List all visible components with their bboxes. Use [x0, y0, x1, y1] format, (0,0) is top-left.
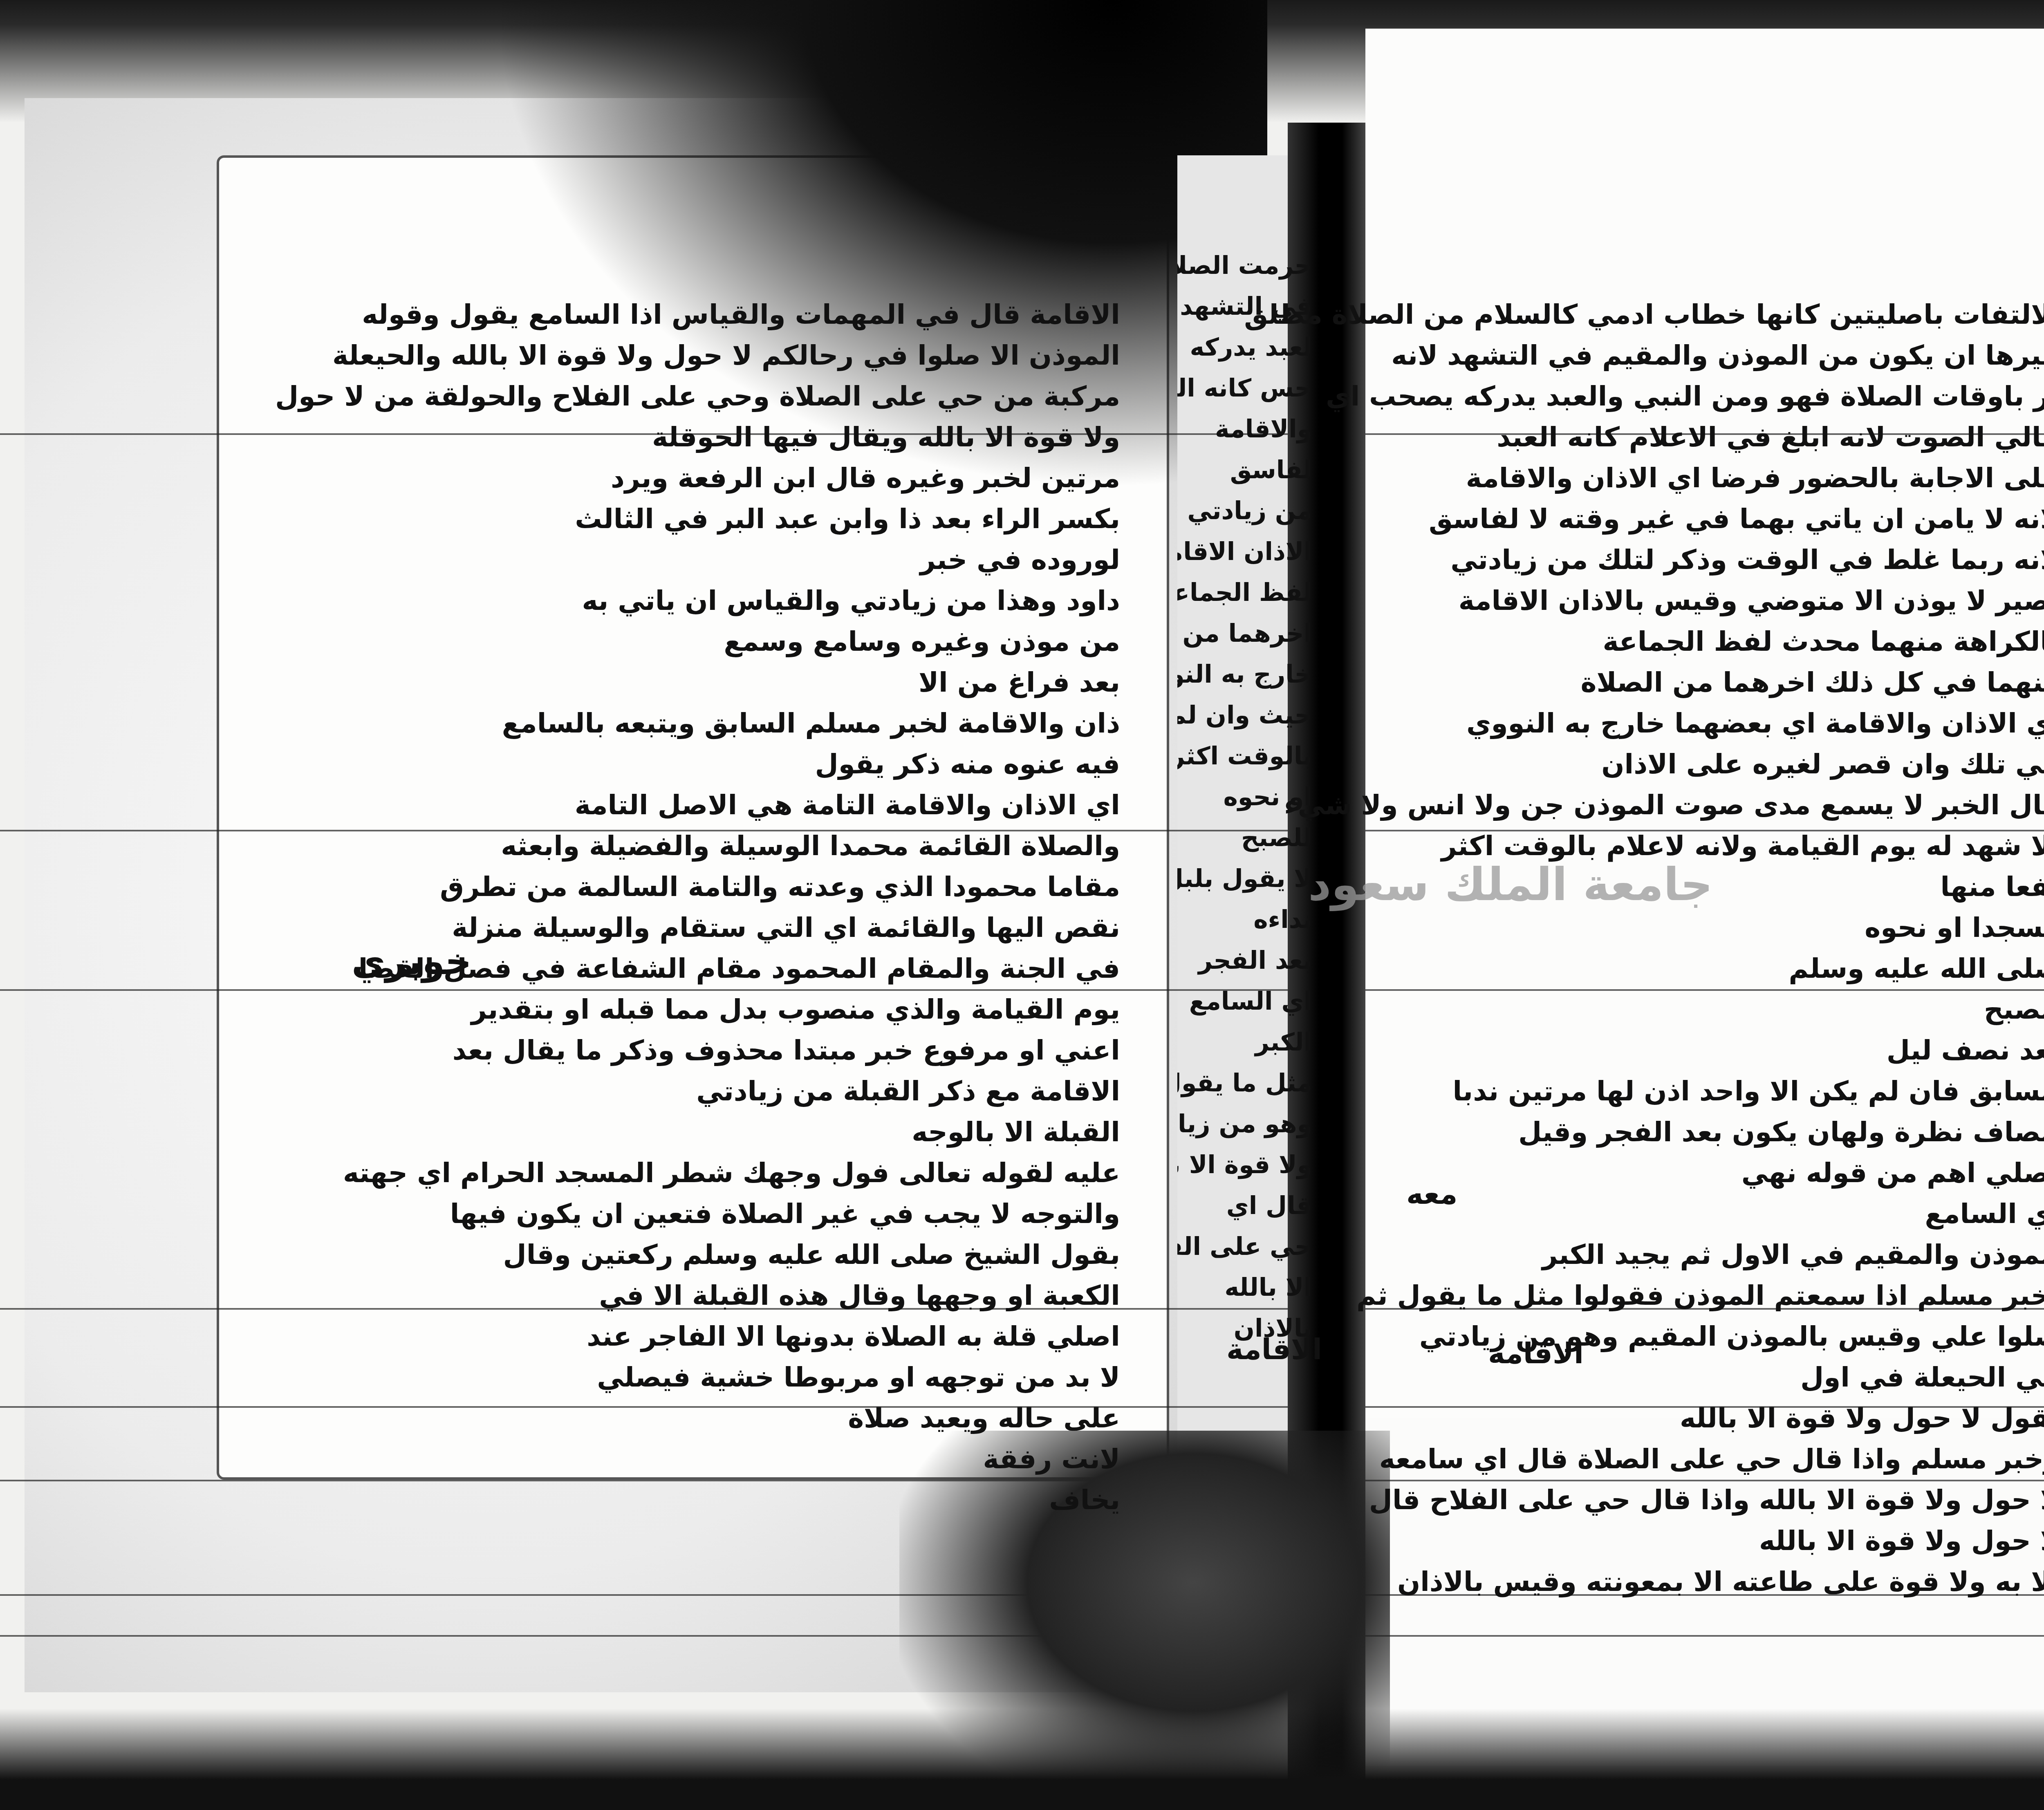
text-line: لا حول ولا قوة الا بالله واذا قال حي على…: [1423, 1480, 2044, 1521]
text-line: الا به ولا قوة على طاعته الا بمعونته وقي…: [1423, 1561, 2044, 1602]
text-line: خارج به النووي: [1177, 654, 1312, 695]
text-line: بقول الشيخ صلى الله عليه وسلم ركعتين وقا…: [458, 1234, 1120, 1275]
bottom-shadow: [0, 1709, 2044, 1810]
text-line: لخبر مسلم اذا سمعتم الموذن فقولوا مثل ما…: [1423, 1275, 2044, 1316]
text-line: حرمت الصلاة قطعا: [1177, 245, 1312, 286]
text-line: غيرها ان يكون من الموذن والمقيم في التشه…: [1423, 335, 2044, 376]
left-margin-note: خوبري: [352, 940, 472, 983]
text-line: الكبر: [1177, 1022, 1312, 1063]
text-line: الموذن والمقيم في الاول ثم يجيد الكبر: [1423, 1234, 2044, 1275]
text-line: يوم القيامة والذي منصوب بدل مما قبله او …: [458, 989, 1120, 1030]
text-line: والاقامة: [1177, 409, 1312, 450]
text-line: الاذان الاقامة: [1177, 531, 1312, 572]
text-line: لفظ الجماعة: [1177, 572, 1312, 613]
text-line: من زيادتي: [1177, 491, 1312, 531]
text-line: الموذن الا صلوا في رحالكم لا حول ولا قوة…: [458, 335, 1120, 376]
text-line: اي الاذان والاقامة التامة هي الاصل التام…: [458, 785, 1120, 826]
text-line: الاقامة مع ذكر القبلة من زيادتي: [458, 1071, 1120, 1112]
text-line: لوروده في خبر: [458, 540, 1120, 580]
right-page-text: الالتفات باصليتين كانها خطاب ادمي كالسلا…: [1423, 294, 2044, 1602]
text-line: السابق فان لم يكن الا واحد اذن لها مرتين…: [1423, 1071, 2044, 1112]
text-line: على الاجابة بالحضور فرضا اي الاذان والاق…: [1423, 458, 2044, 499]
text-line: لانت رفقة: [458, 1439, 1120, 1480]
text-line: مثل ما يقول: [1177, 1063, 1312, 1104]
text-line: اي الاذان والاقامة اي بعضهما خارج به الن…: [1423, 703, 2044, 744]
text-line: بعد نصف ليل: [1423, 1030, 2044, 1071]
text-line: بعد الفجر: [1177, 940, 1312, 981]
text-line: من موذن وغيره وسامع وسمع: [458, 621, 1120, 662]
text-line: ولا قوة الا بالله: [1177, 1145, 1312, 1185]
text-line: اصلي قلة به الصلاة بدونها الا الفاجر عند: [458, 1316, 1120, 1357]
text-line: اعني او مرفوع خبر مبتدا محذوف وذكر ما يق…: [458, 1030, 1120, 1071]
text-line: بر باوقات الصلاة فهو ومن النبي والعبد يد…: [1423, 376, 2044, 417]
text-line: عليه لقوله تعالى فول وجهك شطر المسجد الح…: [458, 1153, 1120, 1194]
text-line: مسجدا او نحوه: [1423, 907, 2044, 948]
text-line: مقاما محمودا الذي وعدته والتامة السالمة …: [458, 867, 1120, 907]
right-margin-note: معه: [1406, 1177, 1457, 1211]
text-line: اي السامع: [1423, 1194, 2044, 1234]
text-line: لا يقول بلبل: [1177, 858, 1312, 899]
text-line: بالكراهة منهما محدث لفظ الجماعة: [1423, 621, 2044, 662]
text-line: لا حول ولا قوة الا بالله: [1423, 1521, 2044, 1561]
text-line: قال اي: [1177, 1185, 1312, 1226]
text-line: صلى الله عليه وسلم: [1423, 948, 2044, 989]
text-line: الالتفات باصليتين كانها خطاب ادمي كالسلا…: [1423, 294, 2044, 335]
text-line: داود وهذا من زيادتي والقياس ان ياتي به: [458, 580, 1120, 621]
text-line: ولا قوة الا بالله ويقال فيها الحوقلة: [458, 417, 1120, 458]
text-line: بصير لا يوذن الا متوضي وقيس بالاذان الاق…: [1423, 580, 2044, 621]
text-line: لانه ربما غلط في الوقت وذكر لتلك من زياد…: [1423, 540, 2044, 580]
text-line: مركبة من حي على الصلاة وحي على الفلاح وا…: [458, 376, 1120, 417]
left-page-text: الاقامة قال في المهمات والقياس اذا السام…: [458, 294, 1120, 1521]
text-line: نداءه: [1177, 899, 1312, 940]
text-line: يصلي اهم من قوله نهي: [1423, 1153, 2044, 1194]
text-line: والتوجه لا يجب في غير الصلاة فتعين ان يك…: [458, 1194, 1120, 1234]
text-line: الكعبة او وجهها وقال هذه القبلة الا في: [458, 1275, 1120, 1316]
watermark: جامعة الملك سعود: [1308, 858, 1713, 911]
text-line: بكسر الراء بعد ذا وابن عبد البر في الثال…: [458, 499, 1120, 540]
text-line: لا بد من توجهه او مربوطا خشية فيصلي: [458, 1357, 1120, 1398]
text-line: على حاله ويعيد صلاة: [458, 1398, 1120, 1439]
text-line: نقص اليها والقائمة اي التي ستقام والوسيل…: [458, 907, 1120, 948]
middle-catchword: الاقامة: [1226, 1333, 1322, 1366]
text-line: يقول لا حول ولا قوة الا بالله: [1423, 1398, 2044, 1439]
text-line: عالي الصوت لانه ابلغ في الاعلام كانه الع…: [1423, 417, 2044, 458]
text-line: لفاسق: [1177, 450, 1312, 491]
text-line: في الجنة والمقام المحمود مقام الشفاعة في…: [458, 948, 1120, 989]
text-line: لانه لا يامن ان ياتي بهما في غير وقته لا…: [1423, 499, 2044, 540]
text-line: اخرهما من الصلاة: [1177, 613, 1312, 654]
text-line: وهو من زيادتي: [1177, 1104, 1312, 1145]
text-line: في تلك وان قصر لغيره على الاذان: [1423, 744, 2044, 785]
text-line: حس كانه العبد: [1177, 368, 1312, 409]
text-line: القبلة الا بالوجه: [458, 1112, 1120, 1153]
text-line: اي السامع: [1177, 981, 1312, 1022]
text-line: وخبر مسلم واذا قال حي على الصلاة قال اي …: [1423, 1439, 2044, 1480]
text-line: والصلاة القائمة محمدا الوسيلة والفضيلة و…: [458, 826, 1120, 867]
right-catchword: الاقامة: [1488, 1337, 1584, 1370]
text-line: بعد فراغ من الا: [458, 662, 1120, 703]
text-line: مرتين لخبر وغيره قال ابن الرفعة ويرد: [458, 458, 1120, 499]
text-line: الاقامة قال في المهمات والقياس اذا السام…: [458, 294, 1120, 335]
text-line: حيث وان لم: [1177, 695, 1312, 736]
text-line: الصبح: [1423, 989, 2044, 1030]
text-line: حي على الفلاح: [1177, 1226, 1312, 1267]
text-line: بالوقت اكثر: [1177, 736, 1312, 777]
text-line: الصاف نظرة ولهان يكون بعد الفجر وقيل: [1423, 1112, 2044, 1153]
text-line: فيه عنوه منه ذكر يقول: [458, 744, 1120, 785]
text-line: ذان والاقامة لخبر مسلم السابق ويتبعه بال…: [458, 703, 1120, 744]
text-line: منهما في كل ذلك اخرهما من الصلاة: [1423, 662, 2044, 703]
text-line: قال الخبر لا يسمع مدى صوت الموذن جن ولا …: [1423, 785, 2044, 826]
text-line: يخاف: [458, 1480, 1120, 1521]
text-line: الا بالله: [1177, 1267, 1312, 1308]
